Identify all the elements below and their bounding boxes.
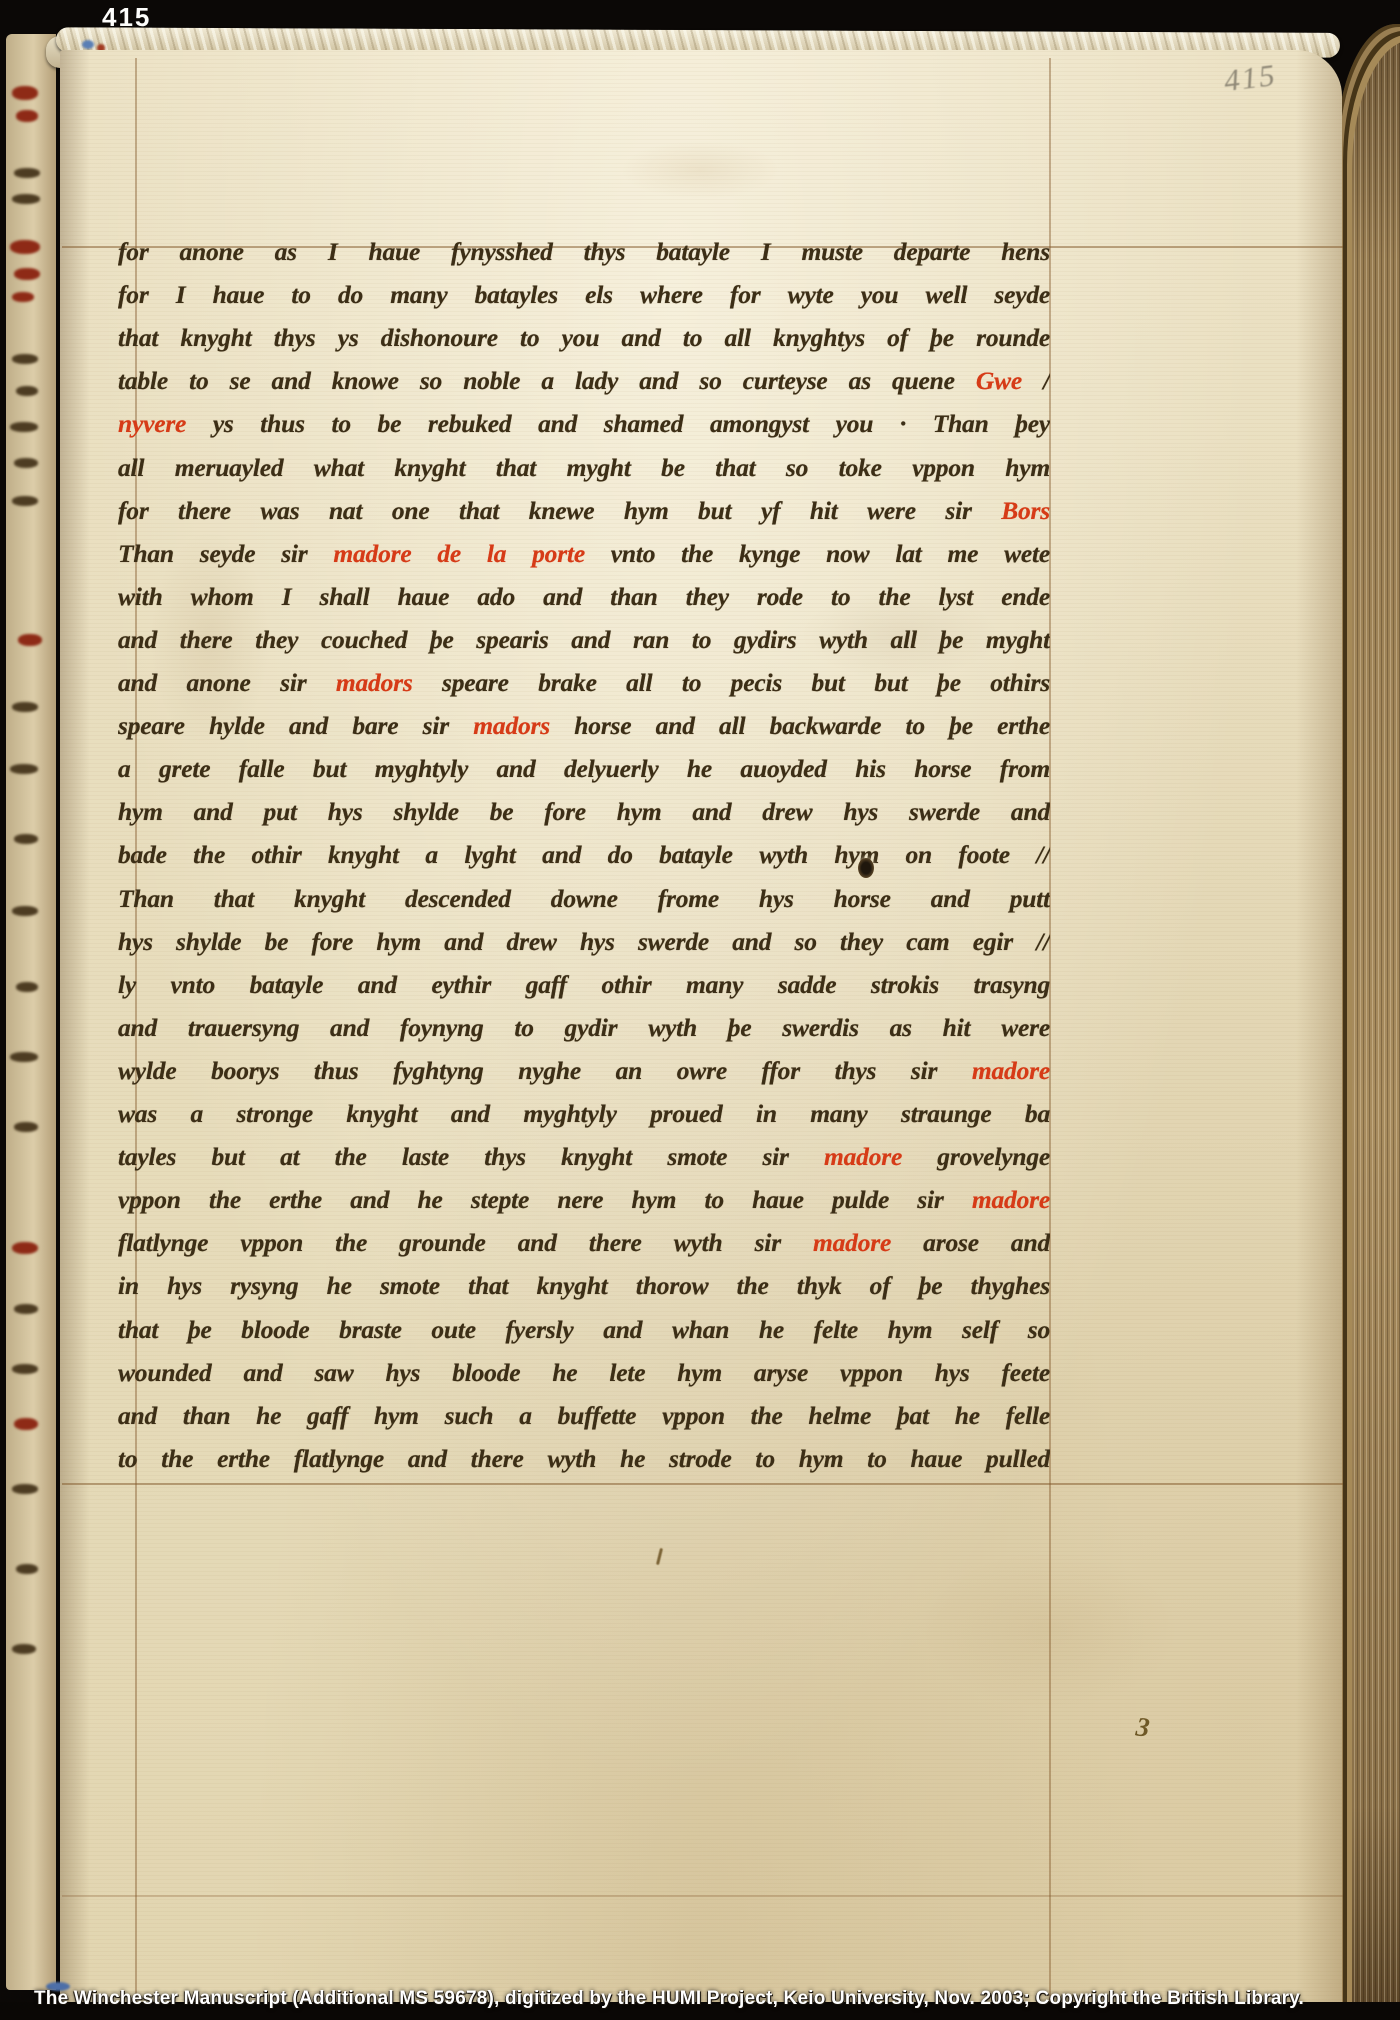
book-fore-edge	[1336, 24, 1400, 2004]
manuscript-text: with whom I shall haue ado and than they…	[118, 582, 1050, 611]
ruling-line-bottom	[62, 1483, 1343, 1485]
ruling-line-lower	[62, 1895, 1343, 1897]
quire-signature: 3	[1134, 1711, 1151, 1743]
rubricated-text: madore	[972, 1185, 1050, 1214]
manuscript-text: and there they couched þe spearis and ra…	[118, 625, 1050, 654]
manuscript-text: Than that knyght descended downe frome h…	[118, 884, 1050, 913]
bleed-mark	[10, 240, 40, 254]
manuscript-text: tayles but at the laste thys knyght smot…	[118, 1142, 824, 1171]
manuscript-line: all meruayled what knyght that myght be …	[118, 446, 1050, 489]
rubricated-text: madore de la porte	[333, 539, 585, 568]
manuscript-line: flatlynge vppon the grounde and there wy…	[118, 1221, 1050, 1264]
manuscript-line: a grete falle but myghtyly and delyuerly…	[118, 747, 1050, 790]
manuscript-text: speare hylde and bare sir	[118, 711, 473, 740]
manuscript-text: flatlynge vppon the grounde and there wy…	[118, 1228, 813, 1257]
bleed-mark	[14, 1304, 38, 1314]
stain	[620, 140, 780, 200]
manuscript-text: for there was nat one that knewe hym but…	[118, 496, 1001, 525]
manuscript-text: and anone sir	[118, 668, 336, 697]
manuscript-line: hym and put hys shylde be fore hym and d…	[118, 790, 1050, 833]
manuscript-text: arose and	[891, 1228, 1050, 1257]
bleed-mark	[16, 110, 38, 122]
rubricated-text: madors	[336, 668, 413, 697]
manuscript-line: that knyght thys ys dishonoure to you an…	[118, 316, 1050, 359]
manuscript-text: in hys rysyng he smote that knyght thoro…	[118, 1271, 1050, 1300]
manuscript-text: and trauersyng and foynyng to gydir wyth…	[118, 1013, 1050, 1042]
manuscript-text: grovelynge	[902, 1142, 1050, 1171]
manuscript-text: table to se and knowe so noble a lady an…	[118, 366, 976, 395]
manuscript-line: wounded and saw hys bloode he lete hym a…	[118, 1351, 1050, 1394]
manuscript-line: Than seyde sir madore de la porte vnto t…	[118, 532, 1050, 575]
bleed-mark	[10, 422, 38, 432]
manuscript-text: /	[1022, 366, 1050, 395]
manuscript-text: for I haue to do many batayles els where…	[118, 280, 1050, 309]
bleed-mark	[12, 292, 34, 302]
manuscript-photo: 415 415 for anone as I haue fynysshed th…	[0, 0, 1400, 2020]
manuscript-line: was a stronge knyght and myghtyly proued…	[118, 1092, 1050, 1135]
rubricated-text: nyvere	[118, 409, 186, 438]
manuscript-text: vnto the kynge now lat me wete	[585, 539, 1050, 568]
manuscript-line: vppon the erthe and he stepte nere hym t…	[118, 1178, 1050, 1221]
bleed-mark	[12, 906, 38, 916]
bleed-mark	[16, 386, 38, 396]
manuscript-line: and trauersyng and foynyng to gydir wyth…	[118, 1006, 1050, 1049]
bleed-mark	[16, 982, 38, 992]
bleed-mark	[14, 168, 40, 178]
manuscript-line: and anone sir madors speare brake all to…	[118, 661, 1050, 704]
bleed-mark	[14, 834, 38, 844]
manuscript-text: speare brake all to pecis but but þe oth…	[413, 668, 1050, 697]
manuscript-line: to the erthe flatlynge and there wyth he…	[118, 1437, 1050, 1480]
manuscript-text: that þe bloode braste oute fyersly and w…	[118, 1315, 1050, 1344]
bleed-mark	[12, 1484, 38, 1494]
manuscript-line: for anone as I haue fynysshed thys batay…	[118, 230, 1050, 273]
bleed-mark	[16, 1564, 38, 1574]
rubricated-text: madors	[473, 711, 550, 740]
manuscript-text: ys thus to be rebuked and shamed amongys…	[186, 409, 1050, 438]
manuscript-line: and there they couched þe spearis and ra…	[118, 618, 1050, 661]
caption: The Winchester Manuscript (Additional MS…	[34, 1988, 1386, 2010]
manuscript-text: ly vnto batayle and eythir gaff othir ma…	[118, 970, 1050, 999]
manuscript-line: speare hylde and bare sir madors horse a…	[118, 704, 1050, 747]
rubricated-text: madore	[972, 1056, 1050, 1085]
bleed-mark	[12, 496, 38, 506]
manuscript-line: nyvere ys thus to be rebuked and shamed …	[118, 402, 1050, 445]
manuscript-text: for anone as I haue fynysshed thys batay…	[118, 237, 1050, 266]
manuscript-line: for there was nat one that knewe hym but…	[118, 489, 1050, 532]
manuscript-line: and than he gaff hym such a buffette vpp…	[118, 1394, 1050, 1437]
bleed-mark	[10, 1052, 38, 1062]
bleed-mark	[18, 634, 42, 646]
manuscript-text: bade the othir knyght a lyght and do bat…	[118, 840, 1050, 869]
manuscript-text: wounded and saw hys bloode he lete hym a…	[118, 1358, 1050, 1387]
bleed-mark	[14, 1122, 38, 1132]
rubricated-text: madore	[824, 1142, 902, 1171]
bleed-mark	[12, 1364, 38, 1374]
manuscript-line: wylde boorys thus fyghtyng nyghe an owre…	[118, 1049, 1050, 1092]
bleed-mark	[14, 268, 40, 280]
rubricated-text: Bors	[1001, 496, 1050, 525]
manuscript-text: and than he gaff hym such a buffette vpp…	[118, 1401, 1050, 1430]
manuscript-line: bade the othir knyght a lyght and do bat…	[118, 833, 1050, 876]
manuscript-line: table to se and knowe so noble a lady an…	[118, 359, 1050, 402]
manuscript-text: was a stronge knyght and myghtyly proued…	[118, 1099, 1050, 1128]
manuscript-text: Than seyde sir	[118, 539, 333, 568]
manuscript-text: vppon the erthe and he stepte nere hym t…	[118, 1185, 972, 1214]
bleed-mark	[14, 1418, 38, 1430]
gutter-page-edge	[6, 34, 56, 1990]
folio-number-pencil: 415	[1222, 57, 1278, 99]
parchment-hole	[858, 858, 874, 878]
bleed-mark	[12, 1644, 36, 1654]
rubricated-text: Gwe	[976, 366, 1022, 395]
manuscript-text: a grete falle but myghtyly and delyuerly…	[118, 754, 1050, 783]
rubricated-text: madore	[813, 1228, 891, 1257]
manuscript-line: ly vnto batayle and eythir gaff othir ma…	[118, 963, 1050, 1006]
bleed-mark	[10, 764, 38, 774]
manuscript-line: hys shylde be fore hym and drew hys swer…	[118, 920, 1050, 963]
manuscript-text: to the erthe flatlynge and there wyth he…	[118, 1444, 1050, 1473]
bleed-mark	[14, 458, 38, 468]
manuscript-text: that knyght thys ys dishonoure to you an…	[118, 323, 1050, 352]
manuscript-line: with whom I shall haue ado and than they…	[118, 575, 1050, 618]
manuscript-text: all meruayled what knyght that myght be …	[118, 453, 1050, 482]
bleed-mark	[12, 702, 38, 712]
manuscript-line: that þe bloode braste oute fyersly and w…	[118, 1308, 1050, 1351]
manuscript-text: wylde boorys thus fyghtyng nyghe an owre…	[118, 1056, 972, 1085]
manuscript-line: Than that knyght descended downe frome h…	[118, 877, 1050, 920]
bleed-mark	[12, 1242, 38, 1254]
image-number: 415	[102, 2, 151, 33]
manuscript-line: tayles but at the laste thys knyght smot…	[118, 1135, 1050, 1178]
manuscript-text: hys shylde be fore hym and drew hys swer…	[118, 927, 1050, 956]
binding-thread-blue	[82, 40, 94, 49]
manuscript-line: for I haue to do many batayles els where…	[118, 273, 1050, 316]
manuscript-text: hym and put hys shylde be fore hym and d…	[118, 797, 1050, 826]
bleed-mark	[12, 86, 38, 100]
manuscript-line: in hys rysyng he smote that knyght thoro…	[118, 1264, 1050, 1307]
bleed-mark	[12, 194, 40, 204]
manuscript-text: horse and all backwarde to þe erthe	[550, 711, 1050, 740]
bleed-mark	[12, 354, 38, 364]
